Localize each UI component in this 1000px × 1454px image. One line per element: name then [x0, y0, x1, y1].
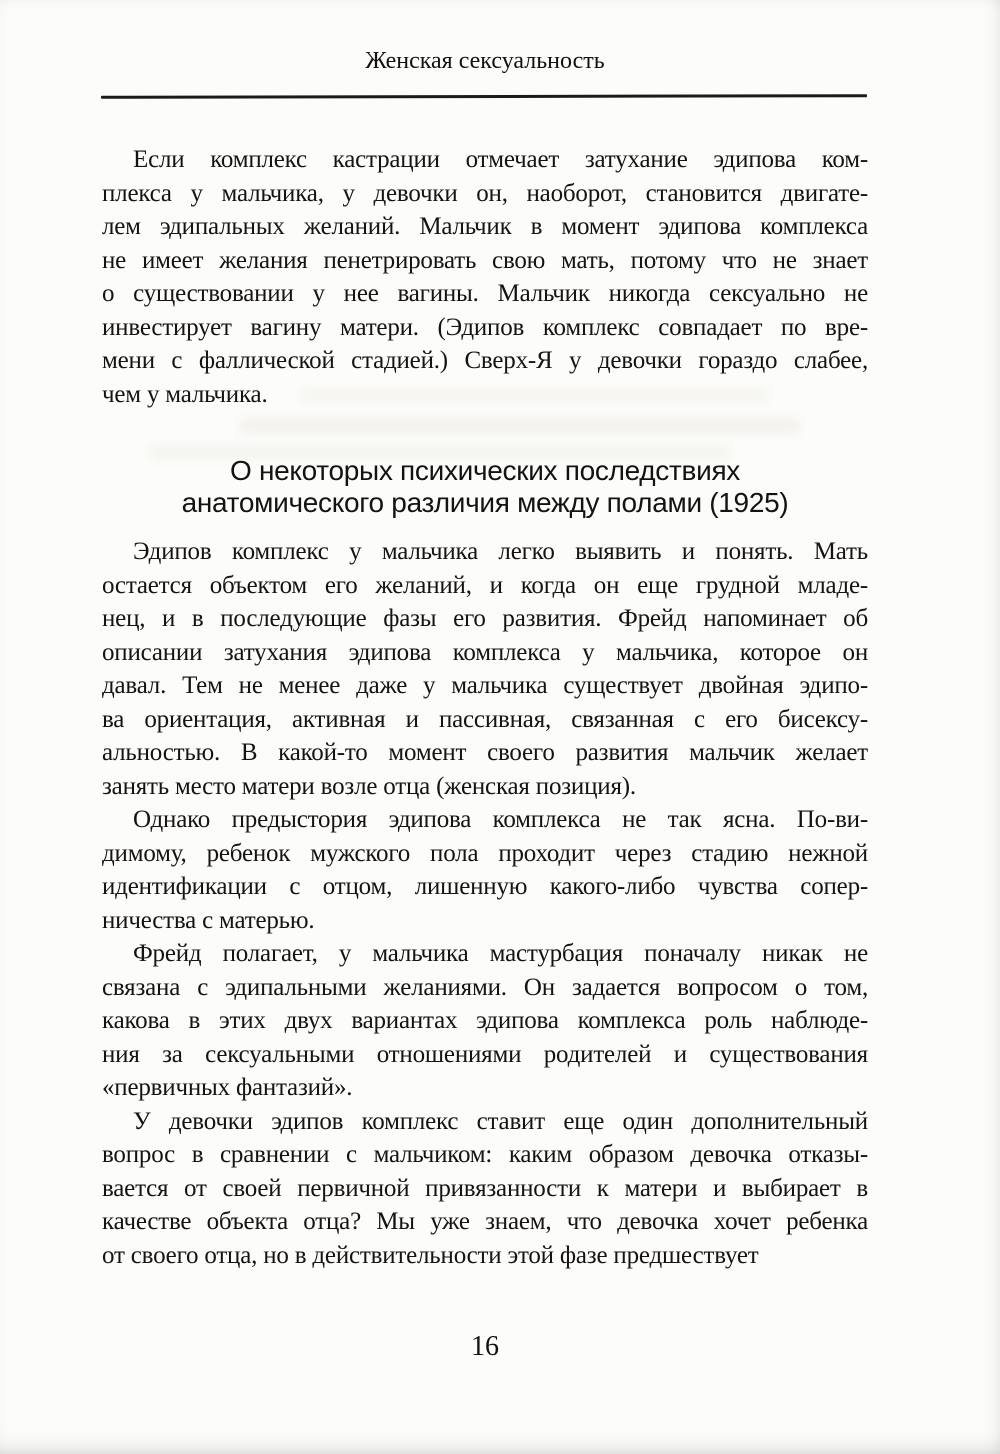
text-line: димому, ребенок мужского пола проходит ч… [102, 837, 868, 871]
paragraph: У девочки эдипов комплекс ставит еще оди… [102, 1105, 868, 1273]
text-line: инвестирует вагину матери. (Эдипов компл… [102, 311, 868, 345]
text-line: связана с эдипальными желаниями. Он зада… [102, 971, 868, 1005]
header-rule [101, 94, 867, 99]
text-line: какова в этих двух вариантах эдипова ком… [102, 1004, 868, 1038]
text-line: альностью. В какой-то момент своего разв… [102, 736, 868, 770]
text-line: лем эдипальных желаний. Мальчик в момент… [102, 210, 868, 244]
text-line: нец, и в последующие фазы его развития. … [102, 602, 868, 636]
page-number: 16 [102, 1330, 868, 1364]
text-line: вопрос в сравнении с мальчиком: каким об… [102, 1138, 868, 1172]
text-line: Фрейд полагает, у мальчика мастурбация п… [102, 937, 868, 971]
paragraph: Эдипов комплекс у мальчика легко выявить… [102, 535, 868, 803]
text-line: качестве объекта отца? Мы уже знаем, что… [102, 1205, 868, 1239]
paragraph: Однако предыстория эдипова комплекса не … [102, 803, 868, 937]
text-line: давал. Тем не менее даже у мальчика суще… [102, 669, 868, 703]
text-line: идентификации с отцом, лишенную какого-л… [102, 870, 868, 904]
paragraph: Фрейд полагает, у мальчика мастурбация п… [102, 937, 868, 1105]
text-line: остается объектом его желаний, и когда о… [102, 569, 868, 603]
text-line: описании затухания эдипова комплекса у м… [102, 636, 868, 670]
text-line: Эдипов комплекс у мальчика легко выявить… [102, 535, 868, 569]
text-line: вается от своей первичной привязанности … [102, 1172, 868, 1206]
text-line: не имеет желания пенетрировать свою мать… [102, 244, 868, 278]
heading-line: О некоторых психических последствиях [102, 455, 868, 487]
section-heading: О некоторых психических последствияханат… [102, 455, 868, 519]
heading-line: анатомического различия между полами (19… [102, 487, 868, 519]
text-line: «первичных фантазий». [102, 1071, 868, 1105]
text-line: Если комплекс кастрации отмечает затухан… [102, 143, 868, 177]
text-line: чем у мальчика. [102, 378, 868, 412]
text-line: ничества с матерью. [102, 904, 868, 938]
text-line: мени с фаллической стадией.) Сверх-Я у д… [102, 344, 868, 378]
text-line: занять место матери возле отца (женская … [102, 770, 868, 804]
text-line: о существовании у нее вагины. Мальчик ни… [102, 277, 868, 311]
text-line: ния за сексуальными отношениями родителе… [102, 1038, 868, 1072]
text-column: Если комплекс кастрации отмечает затухан… [102, 143, 868, 1272]
text-line: ва ориентация, активная и пассивная, свя… [102, 703, 868, 737]
paragraph: Если комплекс кастрации отмечает затухан… [102, 143, 868, 411]
book-page: Женская сексуальность Если комплекс каст… [0, 0, 1000, 1454]
text-line: У девочки эдипов комплекс ставит еще оди… [102, 1105, 868, 1139]
text-line: от своего отца, но в действительности эт… [102, 1239, 868, 1273]
running-header: Женская сексуальность [102, 46, 868, 76]
text-line: Однако предыстория эдипова комплекса не … [102, 803, 868, 837]
text-line: плекса у мальчика, у девочки он, наоборо… [102, 177, 868, 211]
